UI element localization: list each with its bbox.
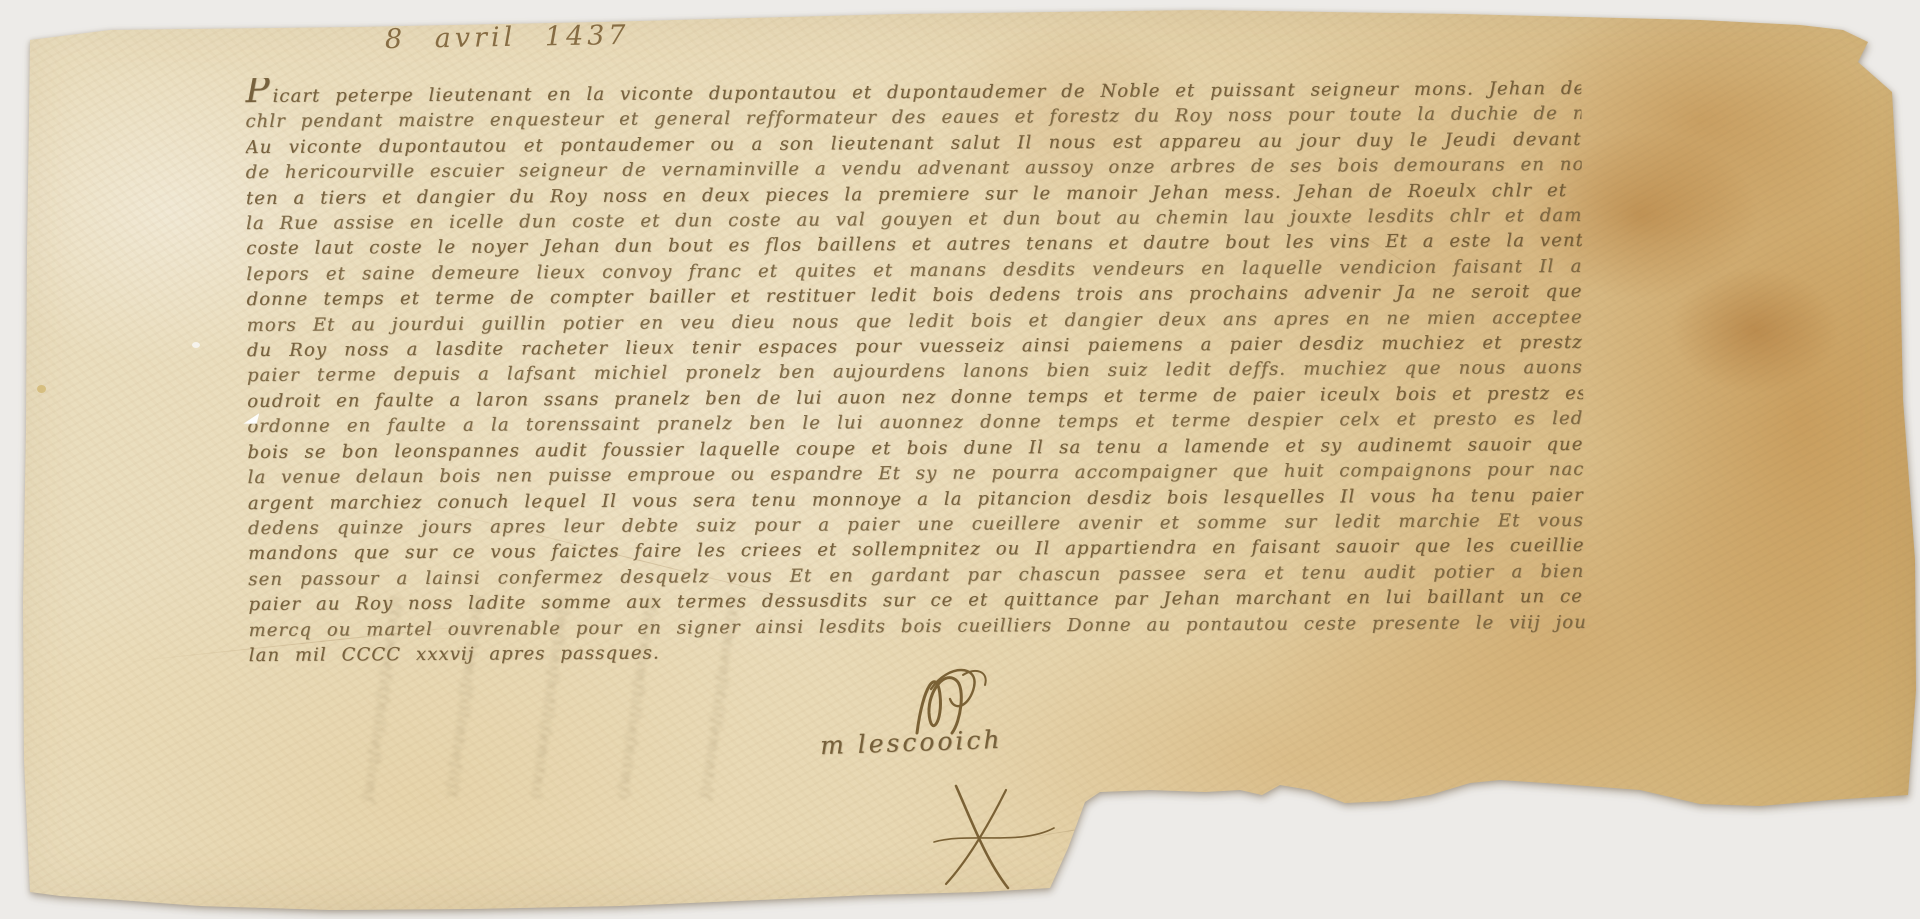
parchment-spot [37,385,46,393]
manuscript-closing-line: lan mil CCCC xxxvij apres passques. [249,640,769,669]
cross-flourish-icon [928,780,1058,895]
parchment-hole [192,342,200,348]
parchment-sheet: 8 avril 1437 Picart peterpe lieutenant e… [0,0,1920,919]
date-annotation: 8 avril 1437 [385,20,630,55]
photo-backdrop: 8 avril 1437 Picart peterpe lieutenant e… [0,0,1920,919]
signature-name: m lescooich [820,725,1003,760]
manuscript-text: Picart peterpe lieutenant en la viconte … [245,70,1585,674]
parchment-document: 8 avril 1437 Picart peterpe lieutenant e… [0,0,1920,919]
